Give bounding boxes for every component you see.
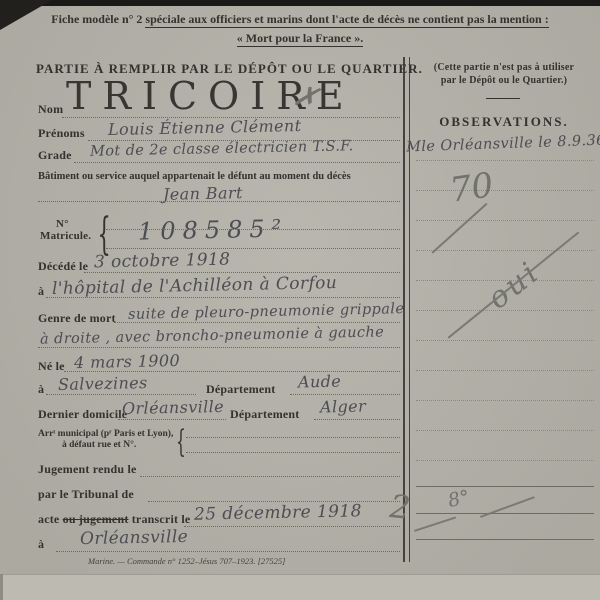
printer-imprint: Marine. — Commande n° 1252–Jésus 707–192…: [88, 556, 285, 566]
transcrit-a-label: à: [38, 537, 44, 552]
grade-label: Grade: [38, 148, 72, 163]
transcrit-label-part1: acte: [38, 512, 63, 526]
form-header-line2: « Mort pour la France ».: [20, 31, 580, 46]
column-divider-thin: [409, 57, 410, 562]
pencil-mark-8deg: 8°: [446, 486, 472, 512]
obs-rule: [416, 430, 594, 431]
decede-a-value: l'hôpital de l'Achilléon à Corfou: [52, 273, 338, 299]
scan-edge-bottom: [0, 574, 600, 600]
right-note-divider: [486, 98, 520, 99]
pencil-long-stroke: [448, 231, 580, 338]
arrondissement-rule2: [186, 452, 400, 453]
pencil-slash-right: [480, 496, 535, 517]
transcrit-label: acte ou jugement transcrit le: [38, 512, 190, 527]
arrondissement-label-line1: Arrᵗ municipal (pʳ Paris et Lyon),: [38, 429, 173, 439]
matricule-rule-bottom: [106, 248, 400, 249]
scan-edge-top: [0, 0, 600, 6]
domicile-label: Dernier domicile: [38, 407, 127, 422]
genre-mort-value-line2: à droite , avec broncho-pneumonie à gauc…: [40, 324, 384, 347]
transcrit-value: 25 décembre 1918: [194, 501, 362, 525]
prenoms-label: Prénoms: [38, 126, 85, 141]
obs-rule: [416, 460, 594, 461]
obs-rule: [416, 250, 594, 251]
decede-le-label: Décédé le: [38, 259, 88, 274]
pencil-mark-2: 2: [388, 487, 412, 527]
mort-pour-la-france-label: « Mort pour la France ».: [237, 31, 363, 47]
obs-rule: [416, 340, 594, 341]
decede-le-value: 3 octobre 1918: [94, 250, 231, 273]
obs-rule: [416, 190, 594, 191]
obs-rule: [416, 220, 594, 221]
genre-mort-label: Genre de mort: [38, 311, 116, 326]
ne-le-value: 4 mars 1900: [74, 351, 180, 372]
form-header-line1: Fiche modèle n° 2 spéciale aux officiers…: [20, 12, 580, 27]
pencil-mark-70: 70: [447, 165, 495, 211]
matricule-label-line2: Matricule.: [40, 230, 91, 242]
grade-rule: [74, 162, 400, 163]
obs-rule: [416, 539, 594, 540]
obs-rule: [416, 160, 594, 161]
arrondissement-label-line2: à défaut rue et N°.: [62, 440, 136, 450]
pencil-slash-left: [414, 516, 456, 531]
arrondissement-rule1: [186, 437, 400, 438]
grade-value: Mot de 2e classe électricien T.S.F.: [90, 138, 354, 160]
domicile-rule: [118, 419, 226, 420]
decede-le-rule: [84, 272, 400, 273]
jugement-rule: [140, 476, 400, 477]
right-note-line2: par le Dépôt ou le Quartier.): [414, 75, 594, 86]
matricule-value: 108585²: [138, 214, 289, 245]
domicile-dept-label: Département: [230, 407, 300, 422]
decede-a-label: à: [38, 284, 44, 299]
birthplace-value: Salvezines: [58, 373, 148, 394]
ne-a-dept-rule: [290, 394, 400, 395]
transcrit-rule: [184, 526, 400, 527]
domicile-dept-value: Alger: [320, 397, 366, 417]
arrondissement-brace: {: [176, 423, 186, 459]
pencil-slash-under-70: [431, 203, 487, 254]
tribunal-label: par le Tribunal de: [38, 487, 134, 502]
prenoms-value: Louis Étienne Clément: [108, 116, 302, 139]
form-header-prefix: Fiche modèle n° 2: [51, 12, 145, 26]
nom-label: Nom: [38, 102, 63, 117]
genre-mort-rule1: [114, 322, 400, 323]
ne-le-label: Né le: [38, 359, 65, 374]
genre-mort-rule2: [38, 347, 400, 348]
obs-rule: [416, 370, 594, 371]
jugement-label: Jugement rendu le: [38, 462, 137, 477]
batiment-rule: [38, 201, 400, 202]
decede-a-rule: [46, 297, 400, 298]
ne-le-rule: [64, 371, 400, 372]
transcrit-a-value: Orléansville: [80, 527, 189, 549]
scanned-death-record-card: Fiche modèle n° 2 spéciale aux officiers…: [0, 0, 600, 600]
ne-a-dept-label: Département: [206, 382, 276, 397]
form-header-underlined: spéciale aux officiers et marins dont l'…: [145, 12, 548, 28]
observations-annotation: Mle Orléansville le 8.9.36: [406, 133, 600, 156]
domicile-value: Orléansville: [122, 397, 224, 418]
obs-rule: [416, 486, 594, 487]
obs-rule: [416, 513, 594, 514]
ne-a-dept-value: Aude: [298, 372, 342, 392]
transcrit-a-rule: [56, 551, 400, 552]
genre-mort-value-line1: suite de pleuro-pneumonie grippale: [128, 301, 405, 323]
transcrit-label-part2: transcrit le: [129, 512, 191, 526]
obs-rule: [416, 400, 594, 401]
transcrit-label-struck: ou jugement: [63, 512, 129, 526]
tribunal-rule: [148, 501, 400, 502]
domicile-dept-rule: [314, 419, 400, 420]
ne-a-label: à: [38, 382, 44, 397]
right-note-line1: (Cette partie n'est pas à utiliser: [414, 62, 594, 73]
ne-a-rule: [46, 394, 196, 395]
scan-edge-bottom-left: [0, 574, 3, 600]
observations-title: OBSERVATIONS.: [414, 114, 594, 130]
matricule-rule-top: [106, 229, 400, 230]
batiment-label: Bâtiment ou service auquel appartenait l…: [38, 171, 351, 182]
matricule-label-line1: N°: [56, 218, 69, 230]
